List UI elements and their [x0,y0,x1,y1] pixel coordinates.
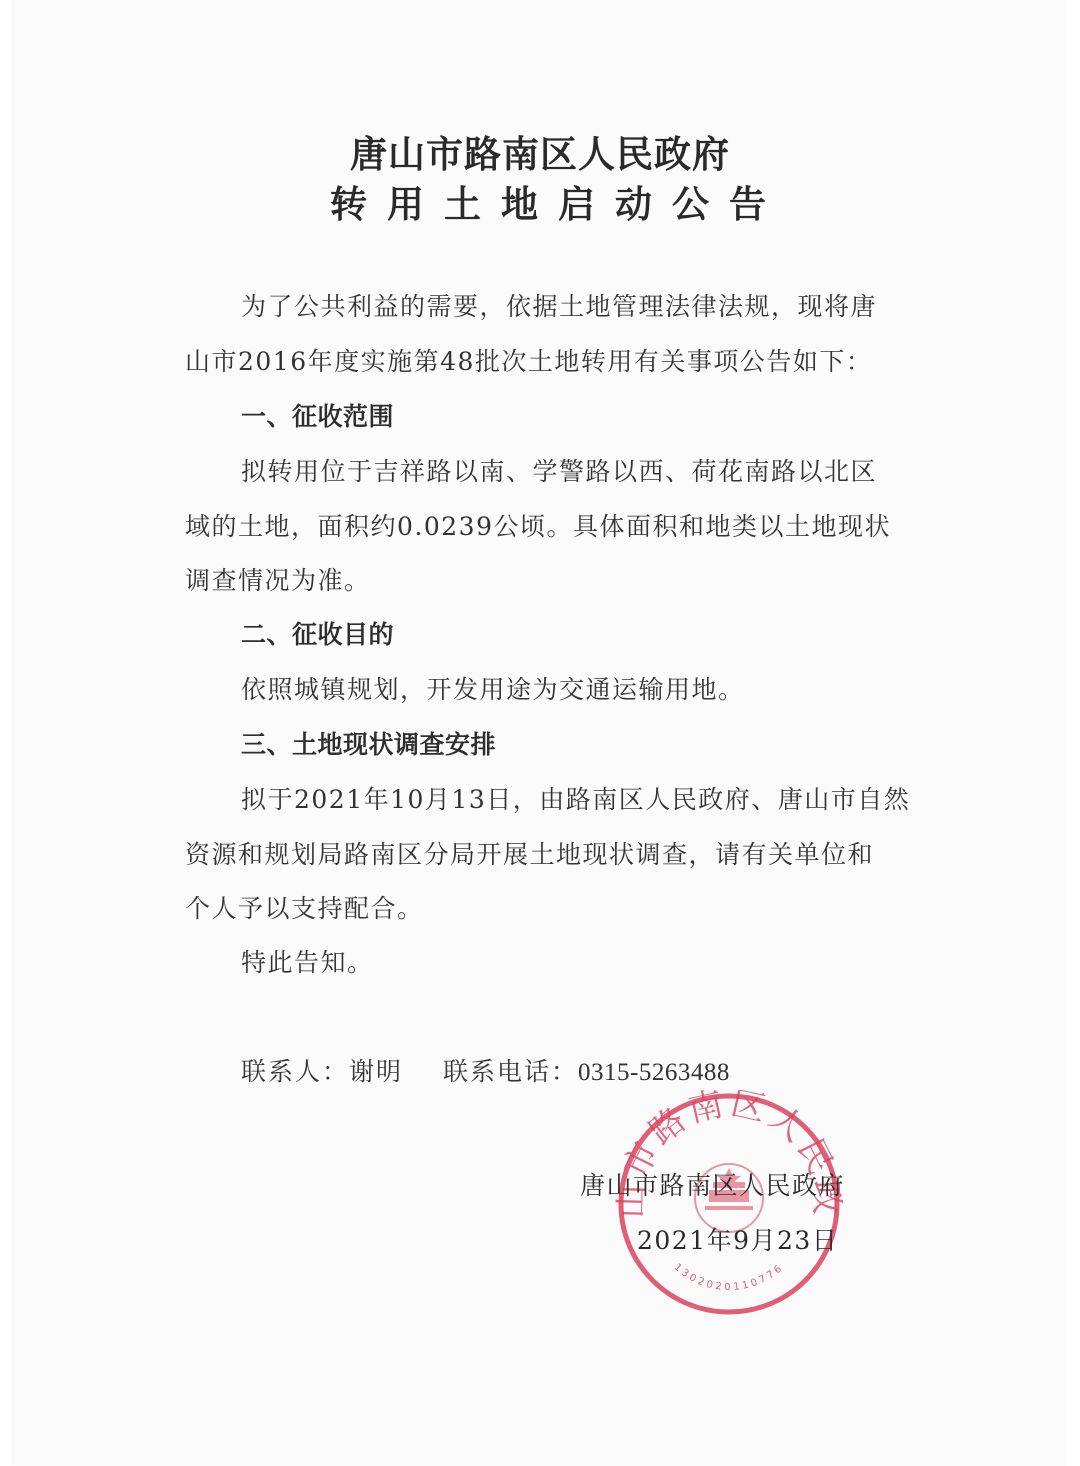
intro-line-1: 为了公共利益的需要，依据土地管理法律法规，现将唐 [241,287,877,323]
section-3-line-2: 资源和规划局路南区分局开展土地现状调查，请有关单位和 [185,835,874,871]
section-1-line-2: 域的土地，面积约0.0239公顷。具体面积和地类以土地现状 [185,507,891,543]
svg-text:1302020110776: 1302020110776 [672,1262,787,1293]
intro-line-2: 山市2016年度实施第48批次土地转用有关事项公告如下： [185,342,872,378]
section-3-heading: 三、土地现状调查安排 [241,725,496,761]
official-seal-icon: 唐山市路南区人民政府 1302020110776 [615,1090,843,1318]
signature-date: 2021年9月23日 [637,1221,838,1257]
section-1-line-3: 调查情况为准。 [185,561,371,597]
contact-info: 联系人：谢明联系电话：0315-5263488 [241,1052,730,1088]
section-1-line-1: 拟转用位于吉祥路以南、学警路以西、荷花南路以北区 [241,452,877,488]
document-title-line1: 唐山市路南区人民政府 [0,124,1080,178]
document-title-line2: 转用土地启动公告 [0,174,1080,228]
section-2-line-1: 依照城镇规划，开发用途为交通运输用地。 [241,670,745,706]
contact-person-label: 联系人： [241,1057,349,1086]
contact-phone: 0315-5263488 [578,1059,730,1086]
section-2-heading: 二、征收目的 [241,615,394,651]
section-1-heading: 一、征收范围 [241,397,394,433]
signature-organization: 唐山市路南区人民政府 [580,1166,845,1202]
contact-phone-label: 联系电话： [443,1057,578,1086]
closing-text: 特此告知。 [241,943,374,979]
section-3-line-1: 拟于2021年10月13日，由路南区人民政府、唐山市自然 [241,780,910,816]
section-3-line-3: 个人予以支持配合。 [185,889,424,925]
contact-person-name: 谢明 [349,1057,403,1086]
